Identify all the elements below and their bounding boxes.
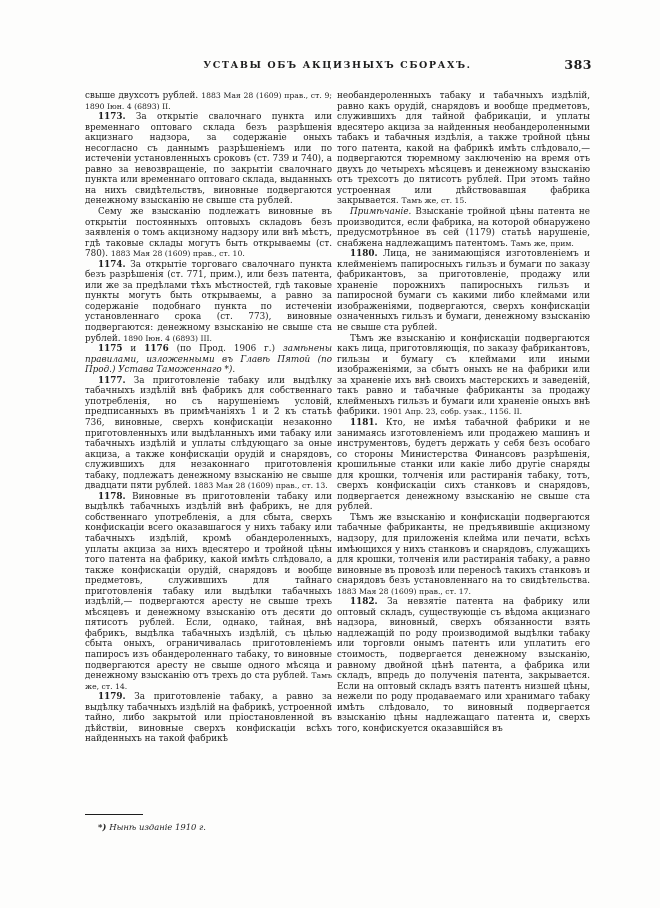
articles-1175-1176: 1175 и 1176 (по Прод. 1906 г.) замѣнены …	[85, 344, 332, 376]
article-number: 1176	[144, 344, 168, 354]
article-1173-supplement: Сему же взысканію подлежатъ виновные въ …	[85, 207, 332, 260]
body-text: (по Прод. 1906 г.)	[169, 344, 283, 354]
article-1181-supplement: Тѣмъ же взысканію и конфискаціи подверга…	[337, 513, 590, 597]
article-1181: 1181. Кто, не имѣя табачной фабрики и не…	[337, 418, 590, 513]
body-text: свыше двухсотъ рублей.	[85, 91, 201, 101]
body-text: необандероленныхъ табаку и табачныхъ изд…	[337, 91, 590, 206]
article-number: 1179.	[98, 692, 126, 702]
footnote-rule	[85, 814, 143, 815]
column-left: свыше двухсотъ рублей. 1883 Мая 28 (1609…	[85, 91, 332, 745]
body-text: За невзятіе патента на фабрику или оптов…	[337, 597, 590, 734]
citation: 1883 Мая 28 (1609) прав., ст. 17.	[337, 587, 471, 596]
article-number: 1182.	[350, 597, 378, 607]
page-number: 383	[558, 57, 592, 72]
document-page: УСТАВЫ ОБЪ АКЦИЗНЫХЪ СБОРАХЪ. 383 свыше …	[0, 0, 660, 908]
article-1177: 1177. За приготовленіе табаку или выдѣлк…	[85, 376, 332, 492]
footnote-marker: *)	[98, 822, 109, 832]
body-text: Виновные въ приготовленіи табаку или выд…	[85, 492, 332, 681]
citation: 1883 Мая 28 (1609) прав., ст. 10.	[111, 249, 245, 258]
article-number: 1175	[98, 344, 122, 354]
article-number: 1177.	[98, 376, 126, 386]
citation: 1890 Іюн. 4 (6893) III.	[123, 334, 212, 343]
body-text: За приготовленіе табаку или выдѣлку таба…	[85, 376, 332, 491]
article-1174: 1174. За открытіе торговаго свалочнаго п…	[85, 260, 332, 344]
column-right: необандероленныхъ табаку и табачныхъ изд…	[337, 91, 590, 734]
body-text: За открытіе торговаго свалочнаго пункта …	[85, 260, 332, 344]
italic-text: Примѣчаніе.	[350, 207, 411, 217]
body-text: и	[122, 344, 144, 354]
note-to-article-1179: Примѣчаніе. Взысканіе тройной цѣны патен…	[337, 207, 590, 249]
article-1180: 1180. Лица, не занимающіяся изготовленіе…	[337, 249, 590, 333]
article-number: 1173.	[98, 112, 126, 122]
article-1182: 1182. За невзятіе патента на фабрику или…	[337, 597, 590, 734]
citation: Тамъ же, ст. 15.	[402, 196, 467, 205]
body-text: Тѣмъ же взысканію и конфискаціи подверга…	[337, 334, 590, 418]
running-head: УСТАВЫ ОБЪ АКЦИЗНЫХЪ СБОРАХЪ.	[85, 60, 590, 71]
article-1179-continuation: необандероленныхъ табаку и табачныхъ изд…	[337, 91, 590, 207]
body-text: Тѣмъ же взысканію и конфискаціи подверга…	[337, 513, 590, 586]
footnote-text: *) Нынѣ изданіе 1910 г.	[85, 822, 332, 833]
article-1178: 1178. Виновные въ приготовленіи табаку и…	[85, 492, 332, 692]
article-1180-supplement: Тѣмъ же взысканію и конфискаціи подверга…	[337, 334, 590, 418]
article-number: 1180.	[350, 249, 378, 259]
body-text: За открытіе свалочнаго пункта или времен…	[85, 112, 332, 206]
article-number: 1174.	[98, 260, 126, 270]
citation: 1883 Мая 28 (1609) прав., ст. 13.	[194, 481, 328, 490]
citation: Тамъ же, прим.	[511, 239, 574, 248]
footnote-body: Нынѣ изданіе 1910 г.	[109, 822, 206, 832]
article-number: 1178.	[98, 492, 126, 502]
article-1179: 1179. За приготовленіе табаку, а равно з…	[85, 692, 332, 745]
continuation-paragraph: свыше двухсотъ рублей. 1883 Мая 28 (1609…	[85, 91, 332, 112]
citation: 1901 Апр. 23, собр. узак., 1156. II.	[383, 407, 522, 416]
footnote: *) Нынѣ изданіе 1910 г.	[85, 814, 332, 833]
body-text: Кто, не имѣя табачной фабрики и не заним…	[337, 418, 590, 512]
article-1173: 1173. За открытіе свалочнаго пункта или …	[85, 112, 332, 207]
body-text: Лица, не занимающіяся изготовленіемъ и к…	[337, 249, 590, 333]
article-number: 1181.	[350, 418, 378, 428]
